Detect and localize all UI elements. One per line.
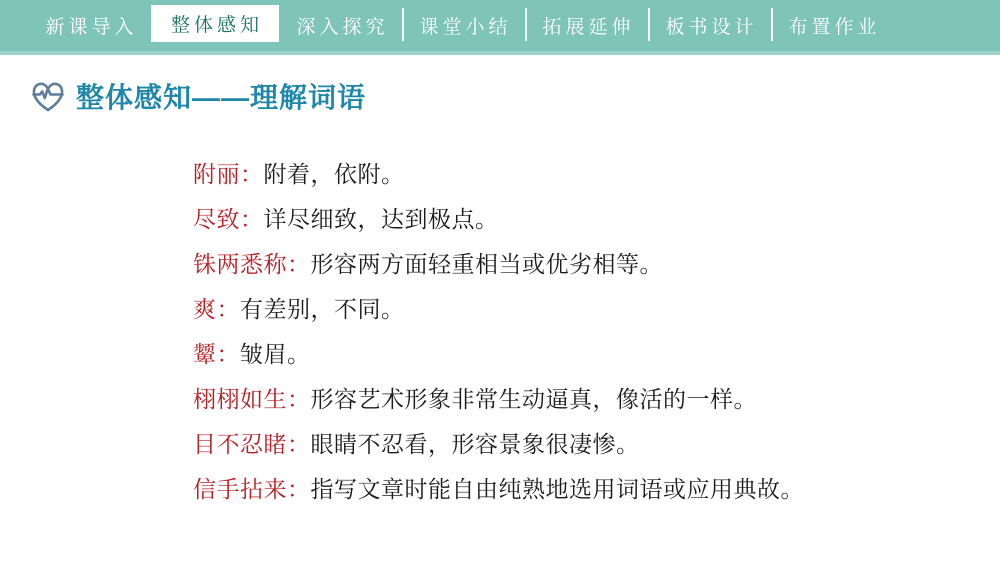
vocab-row: 信手拈来：指写文章时能自由纯熟地选用词语或应用典故。 — [193, 467, 804, 512]
vocab-term: 爽 — [193, 296, 217, 322]
vocab-colon: ： — [287, 251, 311, 277]
tab-extension[interactable]: 拓展延伸 — [525, 0, 648, 51]
slide: 新课导入 整体感知 深入探究 课堂小结 拓展延伸 板书设计 布置作业 整体感知—… — [0, 0, 1000, 563]
page-title: 整体感知——理解词语 — [76, 76, 366, 116]
tab-new-lesson-intro[interactable]: 新课导入 — [28, 0, 151, 51]
vocab-colon: ： — [217, 341, 241, 367]
vocab-row: 附丽：附着，依附。 — [193, 152, 804, 197]
vocab-colon: ： — [287, 431, 311, 457]
tab-class-summary[interactable]: 课堂小结 — [402, 0, 525, 51]
heartbeat-icon — [28, 76, 68, 116]
vocab-definition: 详尽细致，达到极点。 — [264, 206, 499, 232]
vocab-row: 栩栩如生：形容艺术形象非常生动逼真，像活的一样。 — [193, 377, 804, 422]
vocab-term: 栩栩如生 — [193, 386, 287, 412]
vocab-row: 尽致：详尽细致，达到极点。 — [193, 197, 804, 242]
vocab-colon: ： — [217, 296, 241, 322]
vocab-term: 颦 — [193, 341, 217, 367]
vocab-list: 附丽：附着，依附。 尽致：详尽细致，达到极点。 铢两悉称：形容两方面轻重相当或优… — [193, 152, 804, 512]
vocab-term: 目不忍睹 — [193, 431, 287, 457]
vocab-definition: 形容艺术形象非常生动逼真，像活的一样。 — [311, 386, 758, 412]
page-heading: 整体感知——理解词语 — [28, 76, 366, 116]
vocab-term: 附丽 — [193, 161, 240, 187]
vocab-definition: 指写文章时能自由纯熟地选用词语或应用典故。 — [311, 476, 805, 502]
vocab-row: 目不忍睹：眼睛不忍看，形容景象很凄惨。 — [193, 422, 804, 467]
vocab-term: 铢两悉称 — [193, 251, 287, 277]
vocab-definition: 附着，依附。 — [264, 161, 405, 187]
vocab-row: 颦：皱眉。 — [193, 332, 804, 377]
tab-deep-exploration[interactable]: 深入探究 — [279, 0, 402, 51]
vocab-definition: 眼睛不忍看，形容景象很凄惨。 — [311, 431, 640, 457]
vocab-term: 信手拈来 — [193, 476, 287, 502]
tab-board-design[interactable]: 板书设计 — [648, 0, 771, 51]
vocab-colon: ： — [240, 206, 264, 232]
vocab-definition: 有差别，不同。 — [240, 296, 405, 322]
tab-homework[interactable]: 布置作业 — [771, 0, 894, 51]
lesson-nav-bar: 新课导入 整体感知 深入探究 课堂小结 拓展延伸 板书设计 布置作业 — [0, 0, 1000, 55]
vocab-term: 尽致 — [193, 206, 240, 232]
vocab-definition: 皱眉。 — [240, 341, 311, 367]
vocab-row: 爽：有差别，不同。 — [193, 287, 804, 332]
vocab-row: 铢两悉称：形容两方面轻重相当或优劣相等。 — [193, 242, 804, 287]
vocab-colon: ： — [287, 476, 311, 502]
vocab-colon: ： — [240, 161, 264, 187]
tab-overall-perception[interactable]: 整体感知 — [151, 5, 279, 42]
vocab-colon: ： — [287, 386, 311, 412]
vocab-definition: 形容两方面轻重相当或优劣相等。 — [311, 251, 664, 277]
